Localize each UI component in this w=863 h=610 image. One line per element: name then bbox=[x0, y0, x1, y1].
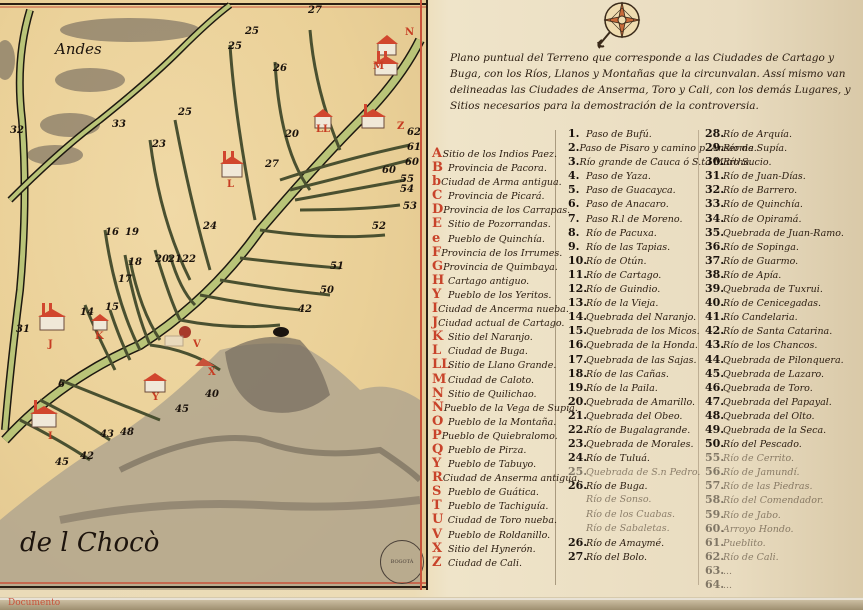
legend-row: 39.Quebrada de Tuxrui. bbox=[705, 282, 863, 296]
legend-row: YPueblo de Tabuyo. bbox=[432, 457, 557, 471]
legend-row: ePueblo de Quinchía. bbox=[432, 232, 557, 246]
legend-row: 2.Paso de Pisaro y camino p. Anserma. bbox=[568, 141, 700, 155]
river-number: 33 bbox=[112, 120, 126, 130]
legend-row: 58.Río del Comendador. bbox=[705, 493, 863, 507]
place-label: N bbox=[405, 28, 414, 38]
legend-row: 49.Quebrada de la Seca. bbox=[705, 423, 863, 437]
lake-icon bbox=[273, 327, 289, 337]
legend-row: 16.Quebrada de la Honda. bbox=[568, 338, 700, 352]
legend-row: 19.Río de la Paila. bbox=[568, 381, 700, 395]
bottom-label: Documento bbox=[8, 598, 60, 608]
legend-row: MCiudad de Caloto. bbox=[432, 373, 557, 387]
river-number: 45 bbox=[175, 405, 189, 415]
legend-letters: ASitio de los Indios Paez. BProvincia de… bbox=[432, 147, 557, 570]
river-number: 48 bbox=[120, 428, 134, 438]
place-label: V bbox=[193, 340, 201, 350]
legend-row: 50.Río del Pescado. bbox=[705, 437, 863, 451]
legend-row: OPueblo de la Montaña. bbox=[432, 415, 557, 429]
river-number: 6 bbox=[58, 380, 65, 390]
river-number: 53 bbox=[403, 202, 417, 212]
place-label: X bbox=[208, 368, 216, 378]
river-number: 18 bbox=[128, 258, 142, 268]
legend-row: LLSitio de Llano Grande. bbox=[432, 358, 557, 372]
river-number: 42 bbox=[298, 305, 312, 315]
legend-row: 59.Río de Jabo. bbox=[705, 508, 863, 522]
legend-row: 4.Paso de Yaza. bbox=[568, 169, 700, 183]
legend-row: PPueblo de Quiebralomo. bbox=[432, 429, 557, 443]
place-label: M bbox=[373, 62, 384, 72]
legend-row: 11.Río de Cartago. bbox=[568, 268, 700, 282]
map-drawing bbox=[0, 0, 426, 590]
legend-row: 57.Río de las Piedras. bbox=[705, 479, 863, 493]
legend-row: 10.Río de Otún. bbox=[568, 254, 700, 268]
river-number: 52 bbox=[372, 222, 386, 232]
legend-row: 7.Paso R.l de Moreno. bbox=[568, 212, 700, 226]
region-label-choco: de l Chocò bbox=[20, 528, 159, 558]
legend-row: 61.Pueblito. bbox=[705, 536, 863, 550]
legend-row: DProvincia de los Carrapas. bbox=[432, 203, 557, 217]
place-label: I bbox=[48, 432, 53, 442]
legend-row: ÑPueblo de la Vega de Supía. bbox=[432, 401, 557, 415]
river-number: 25 bbox=[245, 27, 259, 37]
river-number: 25 bbox=[178, 108, 192, 118]
place-label: J bbox=[48, 340, 53, 350]
legend-row: 43.Río de los Chancos. bbox=[705, 338, 863, 352]
legend-row: Río de Sabaletas. bbox=[568, 522, 700, 536]
legend-row: Río de los Cuabas. bbox=[568, 508, 700, 522]
legend-row: 62.Río de Cali. bbox=[705, 550, 863, 564]
legend-row: 9.Río de las Tapias. bbox=[568, 240, 700, 254]
legend-row: 25.Quebrada de S.n Pedro. bbox=[568, 465, 700, 479]
legend-row: HCartago antiguo. bbox=[432, 274, 557, 288]
legend-row: ASitio de los Indios Paez. bbox=[432, 147, 557, 161]
river-number: 17 bbox=[118, 275, 132, 285]
legend-row: 46.Quebrada de Toro. bbox=[705, 381, 863, 395]
river-number: 21 bbox=[168, 255, 182, 265]
legend-row: 64.... bbox=[705, 578, 863, 592]
river-number: 19 bbox=[125, 228, 139, 238]
legend-row: 26.Río de Buga. bbox=[568, 479, 700, 493]
river-number: 51 bbox=[330, 262, 344, 272]
river-number: 55 bbox=[400, 175, 414, 185]
river-number: 25 bbox=[228, 42, 242, 52]
river-number: 26 bbox=[273, 64, 287, 74]
legend-row: CProvincia de Picará. bbox=[432, 189, 557, 203]
library-stamp: BOGOTÁ bbox=[380, 540, 424, 584]
legend-row: 30.Río Sucio. bbox=[705, 155, 863, 169]
legend-row: FProvincia de los Irrumes. bbox=[432, 246, 557, 260]
legend-numbers-column-1: 1.Paso de Bufú. 2.Paso de Pisaro y camin… bbox=[568, 127, 700, 564]
legend-row: LCiudad de Buga. bbox=[432, 344, 557, 358]
legend-row: GProvincia de Quimbaya. bbox=[432, 260, 557, 274]
legend-row: 3.Río grande de Cauca ó S.ta Martha. bbox=[568, 155, 700, 169]
legend-row: ZCiudad de Cali. bbox=[432, 556, 557, 570]
legend-row: 14.Quebrada del Naranjo. bbox=[568, 310, 700, 324]
river-number: 16 bbox=[105, 228, 119, 238]
legend-row: 23.Quebrada de Morales. bbox=[568, 437, 700, 451]
river-number: 45 bbox=[55, 458, 69, 468]
place-label: K bbox=[95, 332, 104, 342]
legend-row: 32.Río de Barrero. bbox=[705, 183, 863, 197]
river-number: 42 bbox=[80, 452, 94, 462]
river-number: 22 bbox=[182, 255, 196, 265]
place-label: Z bbox=[397, 122, 404, 132]
legend-row: 1.Paso de Bufú. bbox=[568, 127, 700, 141]
legend-row: KSitio del Naranjo. bbox=[432, 330, 557, 344]
place-label: LL bbox=[316, 125, 330, 135]
river-number: 20 bbox=[285, 130, 299, 140]
legend-row: 35.Quebrada de Juan-Ramo. bbox=[705, 226, 863, 240]
legend-row: 24.Río de Tuluá. bbox=[568, 451, 700, 465]
legend-row: 47.Quebrada del Papayal. bbox=[705, 395, 863, 409]
river-number: 60 bbox=[405, 158, 419, 168]
legend-row: 56.Río de Jamundí. bbox=[705, 465, 863, 479]
map-panel: Andes de l Chocò N M LL Z L J K V X Y I … bbox=[0, 0, 428, 590]
legend-row: UCiudad de Toro nueba. bbox=[432, 513, 557, 527]
legend-row: 12.Río de Guindio. bbox=[568, 282, 700, 296]
legend-row: 20.Quebrada de Amarillo. bbox=[568, 395, 700, 409]
legend-row: 28.Río de Arquía. bbox=[705, 127, 863, 141]
place-label: Y bbox=[152, 393, 159, 403]
river-number: 50 bbox=[320, 286, 334, 296]
river-number: 54 bbox=[400, 185, 414, 195]
legend-row: NSitio de Quilichao. bbox=[432, 387, 557, 401]
river-number: 43 bbox=[100, 430, 114, 440]
legend-row: VPueblo de Roldanillo. bbox=[432, 528, 557, 542]
map-title: Plano puntual del Terreno que correspond… bbox=[450, 50, 860, 114]
legend-row: QPueblo de Pirza. bbox=[432, 443, 557, 457]
river-number: 15 bbox=[105, 303, 119, 313]
river-number: 60 bbox=[382, 166, 396, 176]
legend-row: 22.Río de Bugalagrande. bbox=[568, 423, 700, 437]
map-border bbox=[420, 0, 422, 590]
legend-row: ESitio de Pozorrandas. bbox=[432, 217, 557, 231]
legend-row: 45.Quebrada de Lazaro. bbox=[705, 367, 863, 381]
legend-row: Río de Sonso. bbox=[568, 493, 700, 507]
legend-row: 44.Quebrada de Pilonquera. bbox=[705, 353, 863, 367]
legend-row: 17.Quebrada de las Sajas. bbox=[568, 353, 700, 367]
legend-row: 21.Quebrada del Obeo. bbox=[568, 409, 700, 423]
river-number: 61 bbox=[407, 143, 421, 153]
river-number: 40 bbox=[205, 390, 219, 400]
legend-row: 38.Río de Apía. bbox=[705, 268, 863, 282]
legend-row: YPueblo de los Yeritos. bbox=[432, 288, 557, 302]
river-number: 14 bbox=[80, 308, 94, 318]
legend-row: 18.Río de las Cañas. bbox=[568, 367, 700, 381]
legend-row: 8.Río de Pacuxa. bbox=[568, 226, 700, 240]
river-number: 24 bbox=[203, 222, 217, 232]
legend-row: 41.Río Candelaria. bbox=[705, 310, 863, 324]
legend-row: 29.Río de Supía. bbox=[705, 141, 863, 155]
legend-row: 37.Río de Guarmo. bbox=[705, 254, 863, 268]
legend-row: XSitio del Hynerón. bbox=[432, 542, 557, 556]
legend-row: TPueblo de Tachiguía. bbox=[432, 499, 557, 513]
river-number: 20 bbox=[155, 255, 169, 265]
compass-rose-icon bbox=[592, 0, 646, 54]
river-number: 31 bbox=[16, 325, 30, 335]
river-number: 23 bbox=[152, 140, 166, 150]
legend-row: 48.Quebrada del Olto. bbox=[705, 409, 863, 423]
legend-row: ICiudad de Ancerma nueba. bbox=[432, 302, 557, 316]
scan-line bbox=[0, 598, 863, 600]
river-number: 27 bbox=[265, 160, 279, 170]
place-label: L bbox=[227, 180, 234, 190]
legend-row: bCiudad de Arma antigua. bbox=[432, 175, 557, 189]
legend-row: 42.Río de Santa Catarina. bbox=[705, 324, 863, 338]
legend-row: 6.Paso de Anacaro. bbox=[568, 197, 700, 211]
legend-row: BProvincia de Pacora. bbox=[432, 161, 557, 175]
legend-row: 34.Río de Opiramá. bbox=[705, 212, 863, 226]
river-number: 27 bbox=[308, 6, 322, 16]
legend-row: SPueblo de Guática. bbox=[432, 485, 557, 499]
legend-row: 27.Río del Bolo. bbox=[568, 550, 700, 564]
legend-row: 36.Río de Sopinga. bbox=[705, 240, 863, 254]
legend-row: 33.Río de Quinchía. bbox=[705, 197, 863, 211]
legend-row: 55.Río de Cerrito. bbox=[705, 451, 863, 465]
legend-row: JCiudad actual de Cartago. bbox=[432, 316, 557, 330]
legend-row: 31.Río de Juan-Días. bbox=[705, 169, 863, 183]
legend-numbers-column-2: 28.Río de Arquía. 29.Río de Supía. 30.Rí… bbox=[705, 127, 863, 592]
legend-row: 63.... bbox=[705, 564, 863, 578]
legend-row: 13.Río de la Vieja. bbox=[568, 296, 700, 310]
legend-row: RCiudad de Anserma antigua. bbox=[432, 471, 557, 485]
river-number: 32 bbox=[10, 126, 24, 136]
legend-row: 60.Arroyo Hondo. bbox=[705, 522, 863, 536]
legend-row: 26.Río de Amaymé. bbox=[568, 536, 700, 550]
legend-row: 5.Paso de Guacayca. bbox=[568, 183, 700, 197]
legend-row: 40.Río de Cenicegadas. bbox=[705, 296, 863, 310]
region-label-andes: Andes bbox=[55, 40, 102, 58]
river-number: 62 bbox=[407, 128, 421, 138]
legend-row: 15.Quebrada de los Micos. bbox=[568, 324, 700, 338]
